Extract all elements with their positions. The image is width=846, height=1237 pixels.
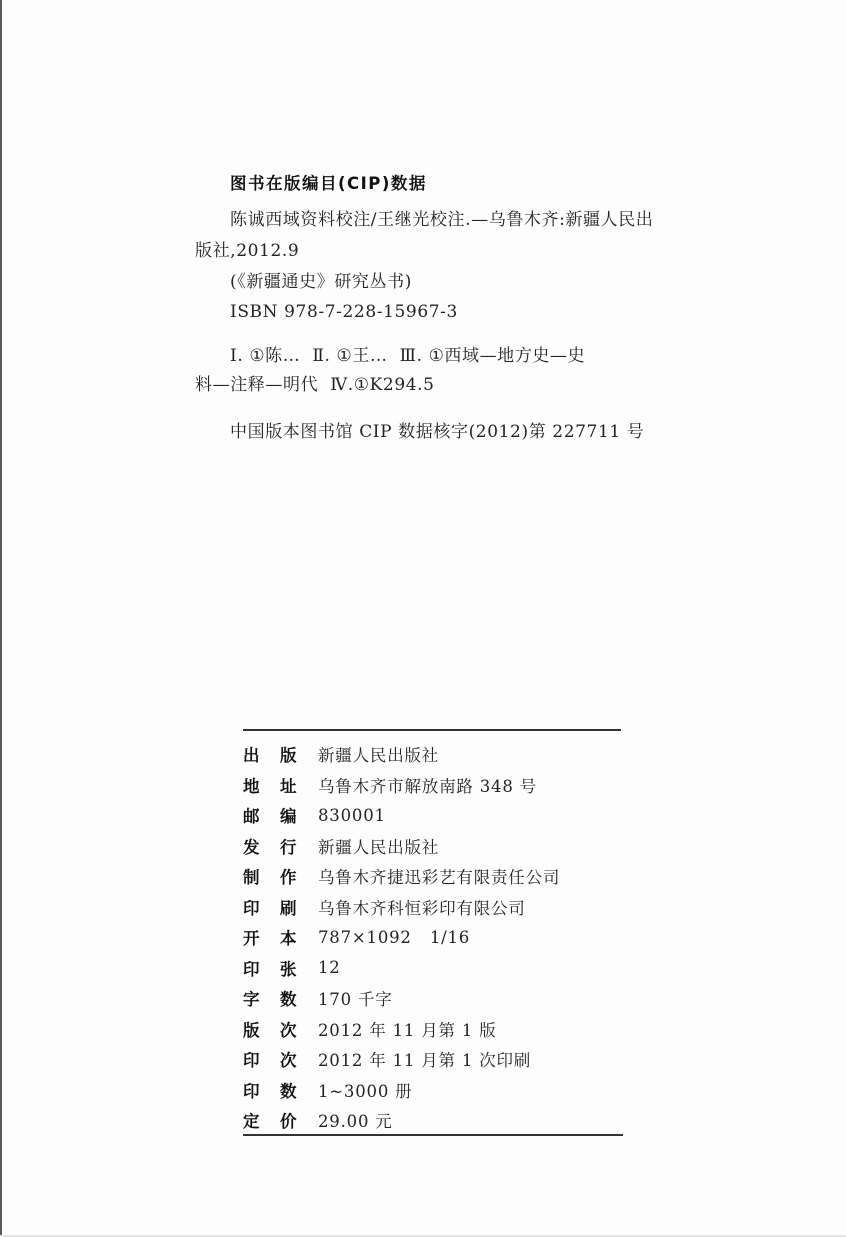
label-char: 行 <box>280 834 317 858</box>
label-char: 编 <box>280 803 317 827</box>
label-char: 邮 <box>243 803 280 827</box>
imprint-row-edition: 版次 2012 年 11 月第 1 版 <box>243 1014 623 1045</box>
label-char: 作 <box>280 864 317 888</box>
label-char: 印 <box>243 1047 280 1071</box>
imprint-label: 印次 <box>243 1047 318 1071</box>
imprint-value: 170 千字 <box>318 986 393 1010</box>
imprint-label: 开本 <box>243 925 318 949</box>
imprint-value: 29.00 元 <box>318 1108 393 1132</box>
label-char: 张 <box>280 956 317 980</box>
imprint-value: 12 <box>318 958 341 977</box>
imprint-label: 制作 <box>243 864 318 888</box>
imprint-value: 新疆人民出版社 <box>318 834 439 858</box>
cip-series: (《新疆通史》研究丛书) <box>195 267 655 298</box>
imprint-label: 发行 <box>243 834 318 858</box>
imprint-row-publisher: 出版 新疆人民出版社 <box>243 739 623 770</box>
imprint-label: 印数 <box>243 1078 318 1102</box>
imprint-row-sheets: 印张 12 <box>243 953 623 984</box>
cip-classification: Ⅰ. ①陈… Ⅱ. ①王… Ⅲ. ①西域—地方史—史料—注释—明代 Ⅳ.①K29… <box>195 342 655 400</box>
imprint-label: 地址 <box>243 773 318 797</box>
cip-classification-line-2: 料—注释—明代 Ⅳ.①K294.5 <box>195 375 435 395</box>
cip-isbn: ISBN 978-7-228-15967-3 <box>195 297 655 328</box>
imprint-label: 出版 <box>243 742 318 766</box>
imprint-label: 字数 <box>243 986 318 1010</box>
page-left-edge <box>0 0 2 1237</box>
imprint-label: 定价 <box>243 1108 318 1132</box>
label-char: 印 <box>243 1078 280 1102</box>
imprint-row-production: 制作 乌鲁木齐捷迅彩艺有限责任公司 <box>243 861 623 892</box>
label-char: 本 <box>280 925 317 949</box>
label-char: 刷 <box>280 895 317 919</box>
imprint-row-distributor: 发行 新疆人民出版社 <box>243 831 623 862</box>
label-char: 次 <box>280 1047 317 1071</box>
label-char: 地 <box>243 773 280 797</box>
label-char: 版 <box>243 1017 280 1041</box>
label-char: 开 <box>243 925 280 949</box>
imprint-value: 787×1092 1/16 <box>318 928 470 947</box>
imprint-row-printer: 印刷 乌鲁木齐科恒彩印有限公司 <box>243 892 623 923</box>
label-char: 出 <box>243 742 280 766</box>
label-char: 印 <box>243 956 280 980</box>
label-char: 定 <box>243 1108 280 1132</box>
imprint-value: 830001 <box>318 806 386 825</box>
cip-heading: 图书在版编目(CIP)数据 <box>230 170 427 194</box>
imprint-row-print-run: 印数 1~3000 册 <box>243 1075 623 1106</box>
imprint-row-format: 开本 787×1092 1/16 <box>243 922 623 953</box>
cip-classification-line-1: Ⅰ. ①陈… Ⅱ. ①王… Ⅲ. ①西域—地方史—史 <box>230 346 585 366</box>
imprint-value: 乌鲁木齐捷迅彩艺有限责任公司 <box>318 864 560 888</box>
imprint-label: 邮编 <box>243 803 318 827</box>
label-char: 价 <box>280 1108 317 1132</box>
imprint-value: 乌鲁木齐科恒彩印有限公司 <box>318 895 526 919</box>
imprint-label: 版次 <box>243 1017 318 1041</box>
imprint-row-word-count: 字数 170 千字 <box>243 983 623 1014</box>
imprint-value: 乌鲁木齐市解放南路 348 号 <box>318 773 537 797</box>
imprint-value: 2012 年 11 月第 1 次印刷 <box>318 1047 531 1071</box>
imprint-row-address: 地址 乌鲁木齐市解放南路 348 号 <box>243 770 623 801</box>
imprint-row-price: 定价 29.00 元 <box>243 1105 623 1136</box>
label-char: 数 <box>280 1078 317 1102</box>
imprint-bottom-rule <box>243 1134 623 1136</box>
label-char: 版 <box>280 742 317 766</box>
imprint-row-postcode: 邮编 830001 <box>243 800 623 831</box>
cip-main-entry-line-1: 陈诚西域资料校注/王继光校注.—乌鲁木齐:新疆人 <box>230 210 618 230</box>
label-char: 制 <box>243 864 280 888</box>
label-char: 字 <box>243 986 280 1010</box>
label-char: 址 <box>280 773 317 797</box>
imprint-label: 印张 <box>243 956 318 980</box>
imprint-value: 1~3000 册 <box>318 1078 412 1102</box>
label-char: 数 <box>280 986 317 1010</box>
label-char: 次 <box>280 1017 317 1041</box>
imprint-value: 新疆人民出版社 <box>318 742 439 766</box>
label-char: 印 <box>243 895 280 919</box>
imprint-label: 印刷 <box>243 895 318 919</box>
cip-record-number: 中国版本图书馆 CIP 数据核字(2012)第 227711 号 <box>195 417 655 448</box>
imprint-row-printing: 印次 2012 年 11 月第 1 次印刷 <box>243 1044 623 1075</box>
label-char: 发 <box>243 834 280 858</box>
cip-main-entry: 陈诚西域资料校注/王继光校注.—乌鲁木齐:新疆人民出版社,2012.9 <box>195 205 655 266</box>
imprint-value: 2012 年 11 月第 1 版 <box>318 1017 497 1041</box>
imprint-top-rule <box>243 729 621 731</box>
imprint-table: 出版 新疆人民出版社 地址 乌鲁木齐市解放南路 348 号 邮编 830001 … <box>243 739 623 1136</box>
